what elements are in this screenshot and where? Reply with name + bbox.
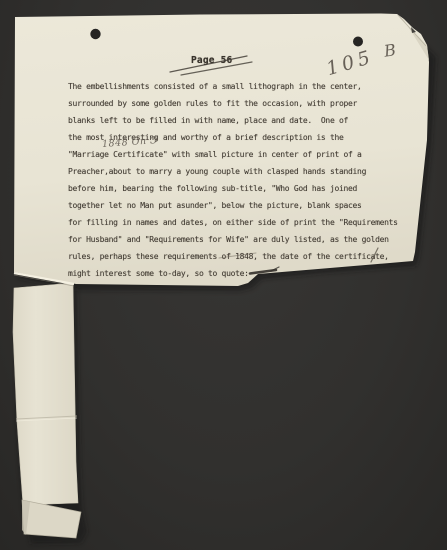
typed-line-2: surrounded by some golden rules to fit t…	[68, 98, 357, 109]
typed-line-5: "Marriage Certificate" with small pictur…	[68, 149, 362, 160]
typed-line-12: might interest some to-day, so to quote:	[68, 268, 249, 279]
paper-strip	[13, 283, 78, 505]
punch-hole-left	[90, 29, 100, 39]
typed-line-8: together let no Man put asunder", below …	[68, 200, 362, 211]
punch-hole-right	[353, 37, 363, 47]
typed-line-11: rules, perhaps these requirements of 184…	[68, 251, 389, 262]
typed-line-1: The embellishments consisted of a small …	[68, 81, 362, 92]
corner-annotation-letter: B	[383, 40, 397, 60]
page-number-label: Page 56	[191, 55, 232, 66]
typed-line-6: Preacher,about to marry a young couple w…	[68, 166, 366, 177]
typed-line-3: blanks left to be filled in with name, p…	[68, 115, 348, 126]
typed-line-10: for Husband" and "Requirements for Wife"…	[68, 234, 389, 245]
photo-backdrop: The embellishments consisted of a small …	[0, 0, 447, 550]
typed-line-9: for filling in names and dates, on eithe…	[68, 217, 398, 228]
typed-line-7: before him, bearing the following sub-ti…	[68, 183, 357, 194]
